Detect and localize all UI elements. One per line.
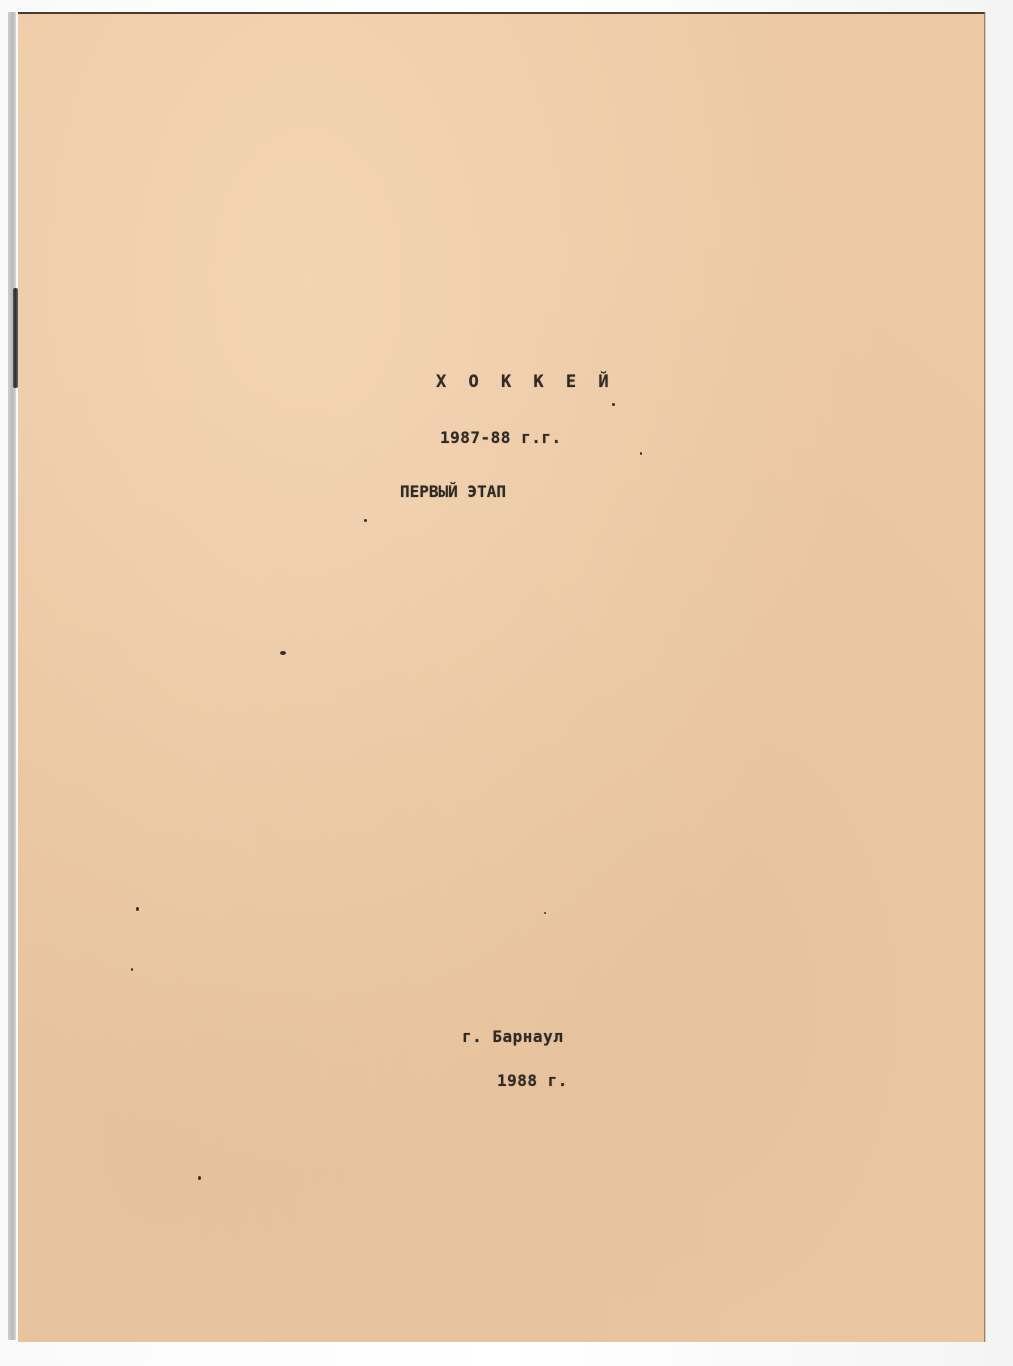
staple	[13, 288, 18, 388]
binding-spine	[8, 12, 16, 1340]
paper-speck	[544, 912, 546, 914]
paper-speck	[640, 452, 642, 455]
season-label: 1987-88 г.г.	[440, 428, 562, 447]
place-label: г. Барнаул	[462, 1027, 563, 1046]
paper-speck	[280, 651, 286, 655]
year-label: 1988 г.	[497, 1071, 568, 1090]
paper-speck	[136, 907, 139, 911]
paper-speck	[198, 1176, 201, 1180]
stage-label: ПЕРВЫЙ ЭТАП	[400, 482, 506, 501]
cover-page	[18, 12, 985, 1342]
scanned-document: Х О К К Е Й 1987-88 г.г. ПЕРВЫЙ ЭТАП г. …	[0, 0, 1013, 1366]
paper-speck	[364, 519, 367, 522]
paper-speck	[131, 968, 133, 971]
paper-speck	[612, 403, 615, 406]
document-title: Х О К К Е Й	[436, 372, 615, 392]
